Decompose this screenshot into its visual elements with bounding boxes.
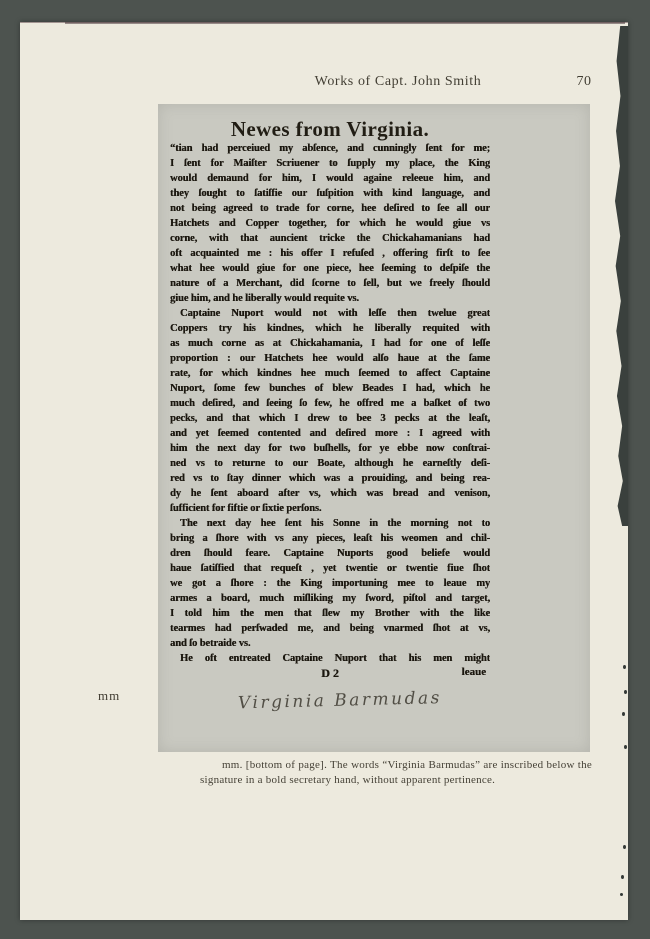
facsimile-text-line: we got a ſhore : the King importuning me… [170, 576, 490, 591]
facsimile-text-line: I told him the men that ſlew my Brother … [170, 606, 490, 621]
caption-line-1: mm. [bottom of page]. The words “Virgini… [200, 758, 592, 773]
edge-speck [624, 745, 627, 749]
facsimile-text-line: giue him, and he liberally would requite… [170, 291, 490, 306]
facsimile-text-line: Captaine Nuport would not with leſſe the… [170, 306, 490, 321]
edge-speck [621, 875, 624, 879]
facsimile-text-line: and ſo betraide vs. [170, 636, 490, 651]
facsimile-text-line: bring a ſhore with vs any pieces, leaſt … [170, 531, 490, 546]
facsimile-text-line: Coppers try his kindnes, which he libera… [170, 321, 490, 336]
facsimile-text-line: oft acquainted me : his offer I refuſed … [170, 246, 490, 261]
facsimile-title: Newes from Virginia. [170, 117, 490, 142]
facsimile-text-line: would demaund for him, I would againe re… [170, 171, 490, 186]
facsimile-text-line: proportion : our Hatchets hee would alſo… [170, 351, 490, 366]
facsimile-text-line: Nuport, ſome few bunches of blew Beades … [170, 381, 490, 396]
facsimile-text-line: dy he ſent aboard after vs, which was br… [170, 486, 490, 501]
edge-speck [624, 690, 627, 694]
facsimile-text-line: dren ſhould feare. Captaine Nuports good… [170, 546, 490, 561]
facsimile-text-line: red vs to ſtay dinner which was a prouid… [170, 471, 490, 486]
edge-speck [620, 893, 623, 896]
facsimile-text-line: He oft entreated Captaine Nuport that hi… [170, 651, 490, 666]
signature-mark: D 2 [170, 666, 490, 681]
facsimile-text-line: and yet ſeemed contented and deſired mor… [170, 426, 490, 441]
running-title: Works of Capt. John Smith [312, 74, 484, 90]
edge-speck [623, 665, 626, 669]
book-page: Works of Capt. John Smith 70 Newes from … [20, 22, 628, 920]
catchword: leaue [462, 666, 486, 678]
facsimile-text-line: corne, with that auncient tricke the Chi… [170, 231, 490, 246]
margin-note: mm [98, 688, 120, 704]
edge-speck [622, 712, 625, 716]
edge-speck [623, 845, 626, 849]
facsimile-text-line: ſufficient for fiftie or ſixtie perſons. [170, 501, 490, 516]
facsimile-text-line: tearmes had perſwaded me, and being vnar… [170, 621, 490, 636]
facsimile-text-line: armes a board, much miſliking my ſword, … [170, 591, 490, 606]
handwritten-inscription: Virginia Barmudas [238, 687, 498, 714]
facsimile-text-line: “tian had perceiued my abſence, and cunn… [170, 141, 490, 156]
facsimile-text-line: The next day hee ſent his Sonne in the m… [170, 516, 490, 531]
facsimile-text-line: haue ſatiſfied that requeſt , yet twenti… [170, 561, 490, 576]
facsimile-text-column: Newes from Virginia. “tian had perceiued… [170, 104, 490, 752]
caption-line-2: signature in a bold secretary hand, with… [200, 773, 592, 788]
facsimile-text-line: much deſired, and ſeeing ſo few, he offr… [170, 396, 490, 411]
facsimile-text-line: ned vs to returne to our Boate, although… [170, 456, 490, 471]
facsimile-text-line: him the next day for two buſhells, for y… [170, 441, 490, 456]
facsimile-text-line: not being agreed to trade for corne, hee… [170, 201, 490, 216]
facsimile-text-line: Hatchets and Copper together, for which … [170, 216, 490, 231]
facsimile-text-line: what hee would giue for one piece, hee ſ… [170, 261, 490, 276]
facsimile-text-line: pecks, and that which I drew to bee 3 pe… [170, 411, 490, 426]
facsimile-text-line: nature of a Merchant, did ſcorne to ſell… [170, 276, 490, 291]
facsimile-signature-row: D 2 leaue [170, 666, 490, 681]
facsimile-text-lines: “tian had perceiued my abſence, and cunn… [170, 141, 490, 666]
running-header: Works of Capt. John Smith 70 [20, 74, 628, 94]
page-top-edge-shadow [65, 22, 625, 24]
facsimile-text-line: they ſought to ſatiſfie our ſuſpition wi… [170, 186, 490, 201]
editorial-caption: mm. [bottom of page]. The words “Virgini… [200, 758, 592, 788]
scan-background: { "page": { "header": { "title": "Works … [0, 0, 650, 939]
facsimile-plate: Newes from Virginia. “tian had perceiued… [158, 104, 590, 752]
facsimile-text-line: rate, for which kindnes hee much ſeemed … [170, 366, 490, 381]
facsimile-text-line: I ſent for Maiſter Scriuener to ſupply m… [170, 156, 490, 171]
facsimile-text-line: as much corne as at Chickahamania, I had… [170, 336, 490, 351]
page-number: 70 [569, 74, 599, 90]
page-right-ragged-edge [615, 26, 628, 526]
